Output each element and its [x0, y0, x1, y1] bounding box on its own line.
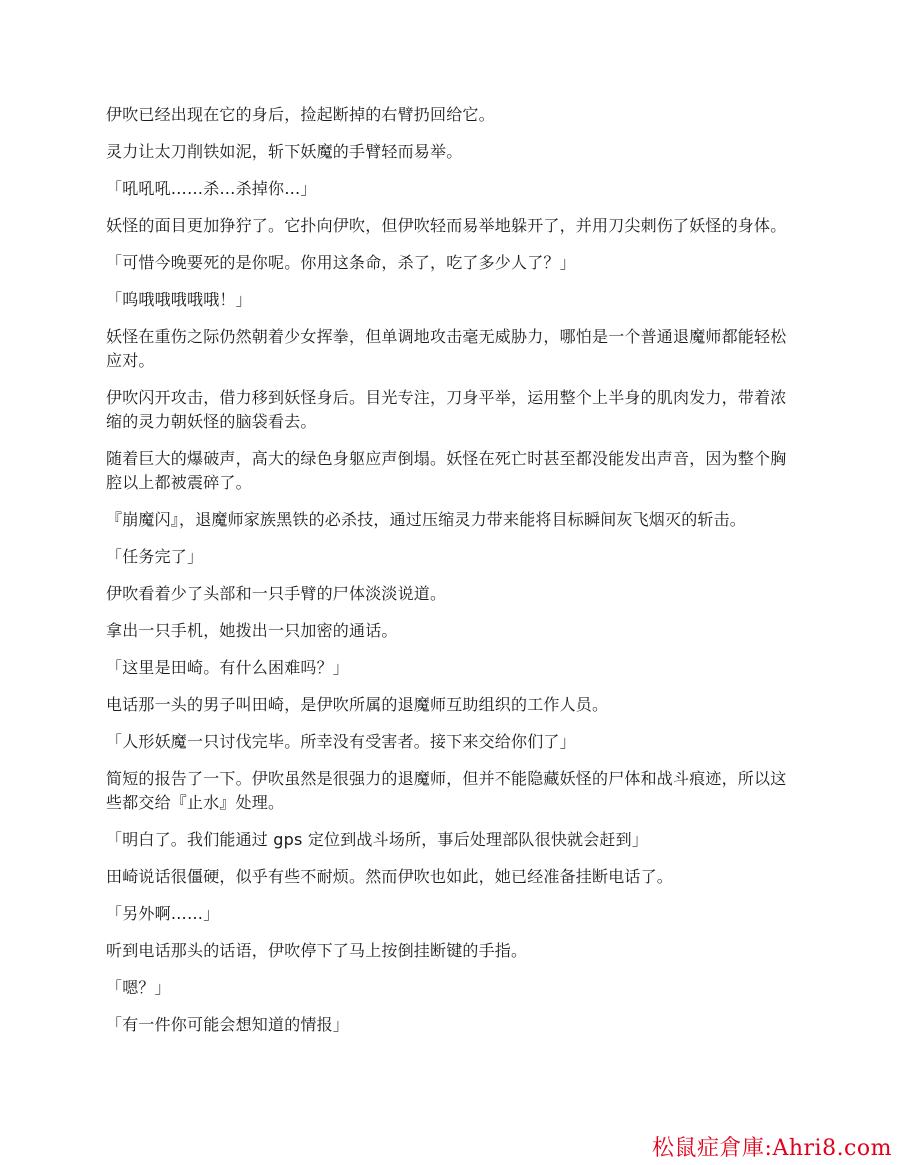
- document-page: 伊吹已经出现在它的身后，捡起断掉的右臂扔回给它。 灵力让太刀削铁如泥，斩下妖魔的…: [106, 103, 788, 1050]
- dialogue-line: 「吼吼吼……杀…杀掉你…」: [106, 177, 788, 201]
- paragraph: 听到电话那头的话语，伊吹停下了马上按倒挂断键的手指。: [106, 939, 788, 963]
- paragraph: 妖怪的面目更加狰狞了。它扑向伊吹，但伊吹轻而易举地躲开了，并用刀尖刺伤了妖怪的身…: [106, 214, 788, 238]
- watermark: 松鼠症倉庫:Ahri8.com: [652, 1131, 892, 1162]
- dialogue-line: 「人形妖魔一只讨伐完毕。所幸没有受害者。接下来交给你们了」: [106, 730, 788, 754]
- paragraph: 妖怪在重伤之际仍然朝着少女挥拳，但单调地攻击毫无威胁力，哪怕是一个普通退魔师都能…: [106, 325, 788, 373]
- paragraph: 『崩魔闪』，退魔师家族黑铁的必杀技，通过压缩灵力带来能将目标瞬间灰飞烟灭的斩击。: [106, 508, 788, 532]
- dialogue-line: 「另外啊……」: [106, 902, 788, 926]
- paragraph: 灵力让太刀削铁如泥，斩下妖魔的手臂轻而易举。: [106, 140, 788, 164]
- paragraph: 拿出一只手机，她拨出一只加密的通话。: [106, 619, 788, 643]
- dialogue-line: 「可惜今晚要死的是你呢。你用这条命，杀了，吃了多少人了？」: [106, 251, 788, 275]
- paragraph: 田崎说话很僵硬，似乎有些不耐烦。然而伊吹也如此，她已经准备挂断电话了。: [106, 865, 788, 889]
- paragraph: 伊吹闪开攻击，借力移到妖怪身后。目光专注，刀身平举，运用整个上半身的肌肉发力，带…: [106, 386, 788, 434]
- dialogue-line: 「有一件你可能会想知道的情报」: [106, 1013, 788, 1037]
- paragraph: 简短的报告了一下。伊吹虽然是很强力的退魔师，但并不能隐藏妖怪的尸体和战斗痕迹，所…: [106, 767, 788, 815]
- dialogue-line: 「明白了。我们能通过 gps 定位到战斗场所，事后处理部队很快就会赶到」: [106, 828, 788, 852]
- paragraph: 伊吹已经出现在它的身后，捡起断掉的右臂扔回给它。: [106, 103, 788, 127]
- paragraph: 随着巨大的爆破声，高大的绿色身躯应声倒塌。妖怪在死亡时甚至都没能发出声音，因为整…: [106, 447, 788, 495]
- dialogue-line: 「嗯？」: [106, 976, 788, 1000]
- dialogue-line: 「任务完了」: [106, 545, 788, 569]
- dialogue-line: 「这里是田崎。有什么困难吗？」: [106, 656, 788, 680]
- paragraph: 电话那一头的男子叫田崎，是伊吹所属的退魔师互助组织的工作人员。: [106, 693, 788, 717]
- dialogue-line: 「呜哦哦哦哦哦！」: [106, 288, 788, 312]
- paragraph: 伊吹看着少了头部和一只手臂的尸体淡淡说道。: [106, 582, 788, 606]
